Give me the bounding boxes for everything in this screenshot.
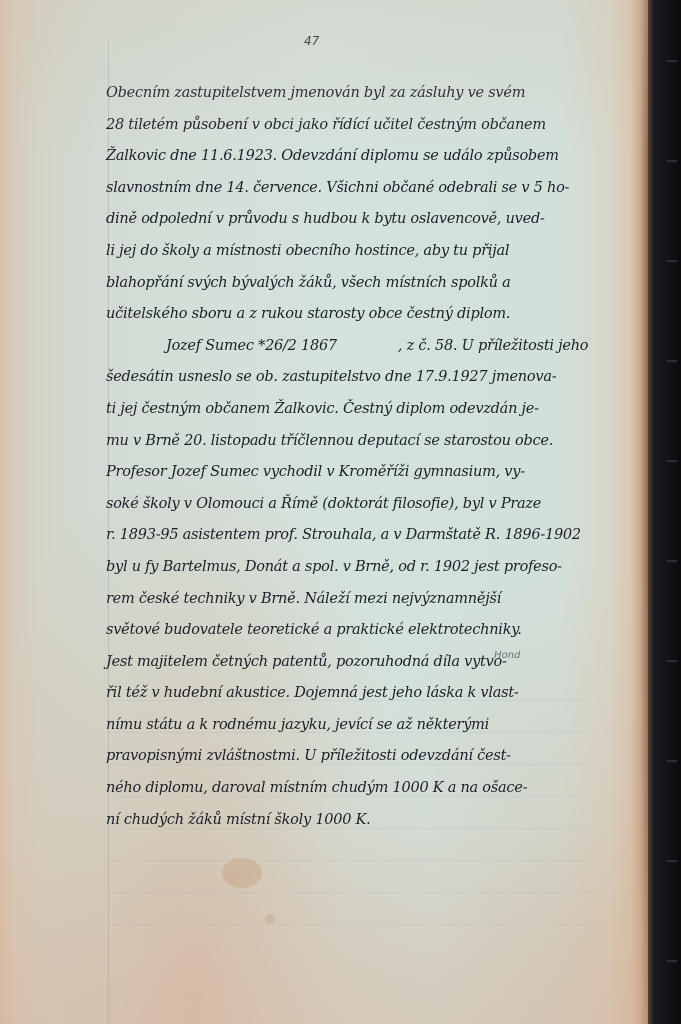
faint-ruling xyxy=(108,828,588,829)
text-line: ti jej čestným občanem Žalkovic. Čestný … xyxy=(106,394,636,426)
text-line: pravopisnými zvláštnostmi. U příležitost… xyxy=(106,741,636,773)
pencil-annotation: Hond xyxy=(494,650,520,661)
text-line: slavnostním dne 14. července. Všichni ob… xyxy=(106,173,636,205)
paper-stain xyxy=(222,858,262,888)
text-line: ní chudých žáků místní školy 1000 K. xyxy=(106,805,636,837)
faint-ruling xyxy=(108,796,588,797)
text-line: učitelského sboru a z rukou starosty obc… xyxy=(106,299,636,331)
faint-ruling xyxy=(108,924,588,925)
ruler-tick xyxy=(667,360,677,362)
paper-stain xyxy=(265,914,275,924)
text-line: ného diplomu, daroval místním chudým 100… xyxy=(106,773,636,805)
book-spine-background xyxy=(648,0,681,1024)
ruler-tick xyxy=(667,60,677,62)
ruler-tick xyxy=(667,560,677,562)
text-line: Profesor Jozef Sumec vychodil v Kroměříž… xyxy=(106,457,636,489)
text-line: šedesátin usneslo se ob. zastupitelstvo … xyxy=(106,362,636,394)
text-line: byl u fy Bartelmus, Donát a spol. v Brně… xyxy=(106,552,636,584)
text-line: řil též v hudební akustice. Dojemná jest… xyxy=(106,678,636,710)
faint-ruling xyxy=(108,764,588,765)
text-line: Obecním zastupitelstvem jmenován byl za … xyxy=(106,78,636,110)
text-line: světové budovatele teoretické a praktick… xyxy=(106,615,636,647)
text-line: rem české techniky v Brně. Náleží mezi n… xyxy=(106,584,636,616)
ruler-tick xyxy=(667,660,677,662)
text-line: mu v Brně 20. listopadu tříčlennou deput… xyxy=(106,426,636,458)
ruler-tick xyxy=(667,260,677,262)
text-line: Žalkovic dne 11.6.1923. Odevzdání diplom… xyxy=(106,141,636,173)
ruler-tick xyxy=(667,960,677,962)
ruler-tick xyxy=(667,860,677,862)
text-line: dině odpolední v průvodu s hudbou k bytu… xyxy=(106,204,636,236)
text-line: r. 1893-95 asistentem prof. Strouhala, a… xyxy=(106,520,636,552)
handwritten-text-block: Obecním zastupitelstvem jmenován byl za … xyxy=(106,78,636,836)
faint-ruling xyxy=(108,860,588,861)
text-line: blahopřání svých bývalých žáků, všech mí… xyxy=(106,268,636,300)
page-number: 47 xyxy=(304,34,319,48)
ruler-tick xyxy=(667,760,677,762)
faint-ruling xyxy=(108,892,588,893)
text-line: nímu státu a k rodnému jazyku, jevící se… xyxy=(106,710,636,742)
faint-ruling xyxy=(108,732,588,733)
text-line: li jej do školy a místnosti obecního hos… xyxy=(106,236,636,268)
faint-ruling xyxy=(108,700,588,701)
text-line-person-heading: Jozef Sumec *26/2 1867 , z č. 58. U příl… xyxy=(106,331,636,363)
text-line: soké školy v Olomouci a Římě (doktorát f… xyxy=(106,489,636,521)
text-line: Jest majitelem četných patentů, pozoruho… xyxy=(106,647,636,679)
ledger-page: 47 Obecním zastupitelstvem jmenován byl … xyxy=(0,0,648,1024)
ruler-tick xyxy=(667,160,677,162)
ruler-tick xyxy=(667,460,677,462)
text-line: 28 tiletém působení v obci jako řídící u… xyxy=(106,110,636,142)
